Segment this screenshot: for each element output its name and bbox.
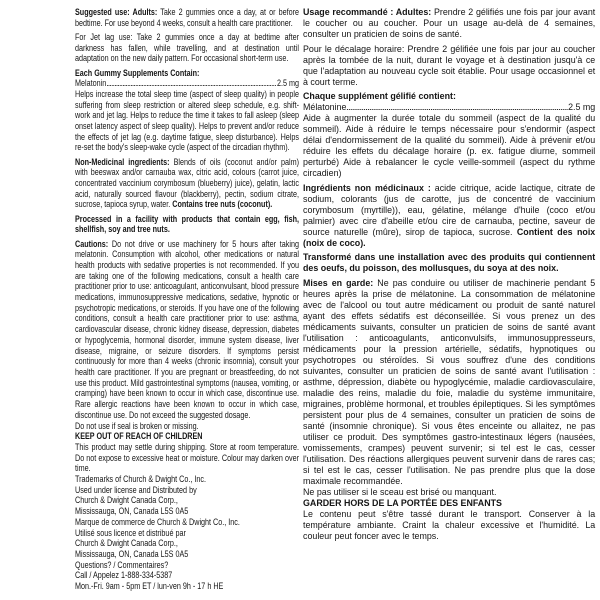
address-line: Mississauga, ON, Canada L5S 0A5 [75, 506, 299, 517]
melatonin-label: Melatonin [75, 78, 106, 89]
decalage-horaire-paragraph: Pour le décalage horaire: Prendre 2 géli… [303, 44, 595, 88]
cautions-paragraph-fr: Mises en garde: Ne pas conduire ou utili… [303, 278, 595, 487]
company-line-fr: Church & Dwight Canada Corp., [75, 538, 299, 549]
benefits-paragraph: Helps increase the total sleep time (asp… [75, 89, 299, 153]
melatonin-amount: 2.5 mg [277, 78, 299, 89]
allergen-processing-note-fr: Transformé dans une installation avec de… [303, 252, 595, 274]
english-column: Suggested use: Adults: Take 2 gummies on… [75, 7, 299, 592]
seal-warning: Do not use if seal is broken or missing. [75, 421, 299, 432]
cautions-heading-fr: Mises en garde: [303, 278, 373, 288]
suggested-use-heading: Suggested use: Adults: [75, 7, 157, 17]
non-medicinal-paragraph: Non-Medicinal ingredients: Blends of oil… [75, 157, 299, 211]
jet-lag-paragraph: For Jet lag use: Take 2 gummies once a d… [75, 32, 299, 64]
melatonin-dose-row: Melatonin 2.5 mg [75, 78, 299, 89]
dotted-leader [107, 85, 276, 86]
cautions-text-fr: Ne pas conduire ou utiliser de machineri… [303, 278, 595, 486]
cautions-paragraph: Cautions: Do not drive or use machinery … [75, 239, 299, 421]
non-medicinal-paragraph-fr: Ingrédients non médicinaux : acide citri… [303, 183, 595, 249]
usage-recommande-heading: Usage recommandé : Adultes: [303, 7, 431, 17]
license-line-fr: Utilisé sous licence et distribué par [75, 528, 299, 539]
hours-line: Mon.-Fri. 9am - 5pm ET / lun-ven 9h - 17… [75, 581, 299, 592]
suggested-use-paragraph: Suggested use: Adults: Take 2 gummies on… [75, 7, 299, 28]
cautions-text: Do not drive or use machinery for 5 hour… [75, 239, 299, 420]
benefits-paragraph-fr: Aide à augmenter la durée totale du somm… [303, 113, 595, 179]
melatonine-amount: 2.5 mg [568, 102, 595, 113]
usage-recommande-paragraph: Usage recommandé : Adultes: Prendre 2 gé… [303, 7, 595, 40]
keep-out-heading: KEEP OUT OF REACH OF CHILDREN [75, 431, 299, 442]
trademark-line: Trademarks of Church & Dwight Co., Inc. [75, 474, 299, 485]
jet-lag-text: For Jet lag use: Take 2 gummies once a d… [75, 32, 299, 63]
license-line: Used under license and Distributed by [75, 485, 299, 496]
product-label-sheet: Suggested use: Adults: Take 2 gummies on… [0, 0, 600, 600]
benefits-text: Helps increase the total sleep time (asp… [75, 89, 299, 153]
storage-note: This product may settle during shipping.… [75, 442, 299, 474]
supplement-facts-heading: Each Gummy Supplements Contain: [75, 68, 299, 79]
non-medicinal-heading-fr: Ingrédients non médicinaux : [303, 183, 431, 193]
phone-line: Call / Appelez 1-888-334-5387 [75, 570, 299, 581]
address-line-fr: Mississauga, ON, Canada L5S 0A5 [75, 549, 299, 560]
dotted-leader [347, 109, 567, 110]
french-column-content: Usage recommandé : Adultes: Prendre 2 gé… [303, 7, 595, 542]
english-column-content: Suggested use: Adults: Take 2 gummies on… [75, 7, 299, 592]
benefits-text-fr: Aide à augmenter la durée totale du somm… [303, 113, 595, 178]
seal-warning-fr: Ne pas utiliser si le sceau est brisé ou… [303, 487, 595, 498]
melatonine-label: Mélatonine [303, 102, 346, 113]
company-line: Church & Dwight Canada Corp., [75, 495, 299, 506]
french-column: Usage recommandé : Adultes: Prendre 2 gé… [303, 7, 595, 542]
cautions-heading: Cautions: [75, 239, 108, 249]
trademark-line-fr: Marque de commerce de Church & Dwight Co… [75, 517, 299, 528]
supplement-facts-heading-fr: Chaque supplément gélifié contient: [303, 91, 595, 102]
keep-out-heading-fr: GARDER HORS DE LA PORTÉE DES ENFANTS [303, 498, 595, 509]
allergen-processing-note: Processed in a facility with products th… [75, 214, 299, 235]
decalage-horaire-text: Pour le décalage horaire: Prendre 2 géli… [303, 44, 595, 87]
tree-nuts-warning: Contains tree nuts (coconut). [172, 199, 272, 209]
non-medicinal-heading: Non-Medicinal ingredients: [75, 157, 170, 167]
storage-note-fr: Le contenu peut s'être tassé durant le t… [303, 509, 595, 542]
melatonine-dose-row: Mélatonine 2.5 mg [303, 102, 595, 113]
questions-line: Questions? / Commentaires? [75, 560, 299, 571]
